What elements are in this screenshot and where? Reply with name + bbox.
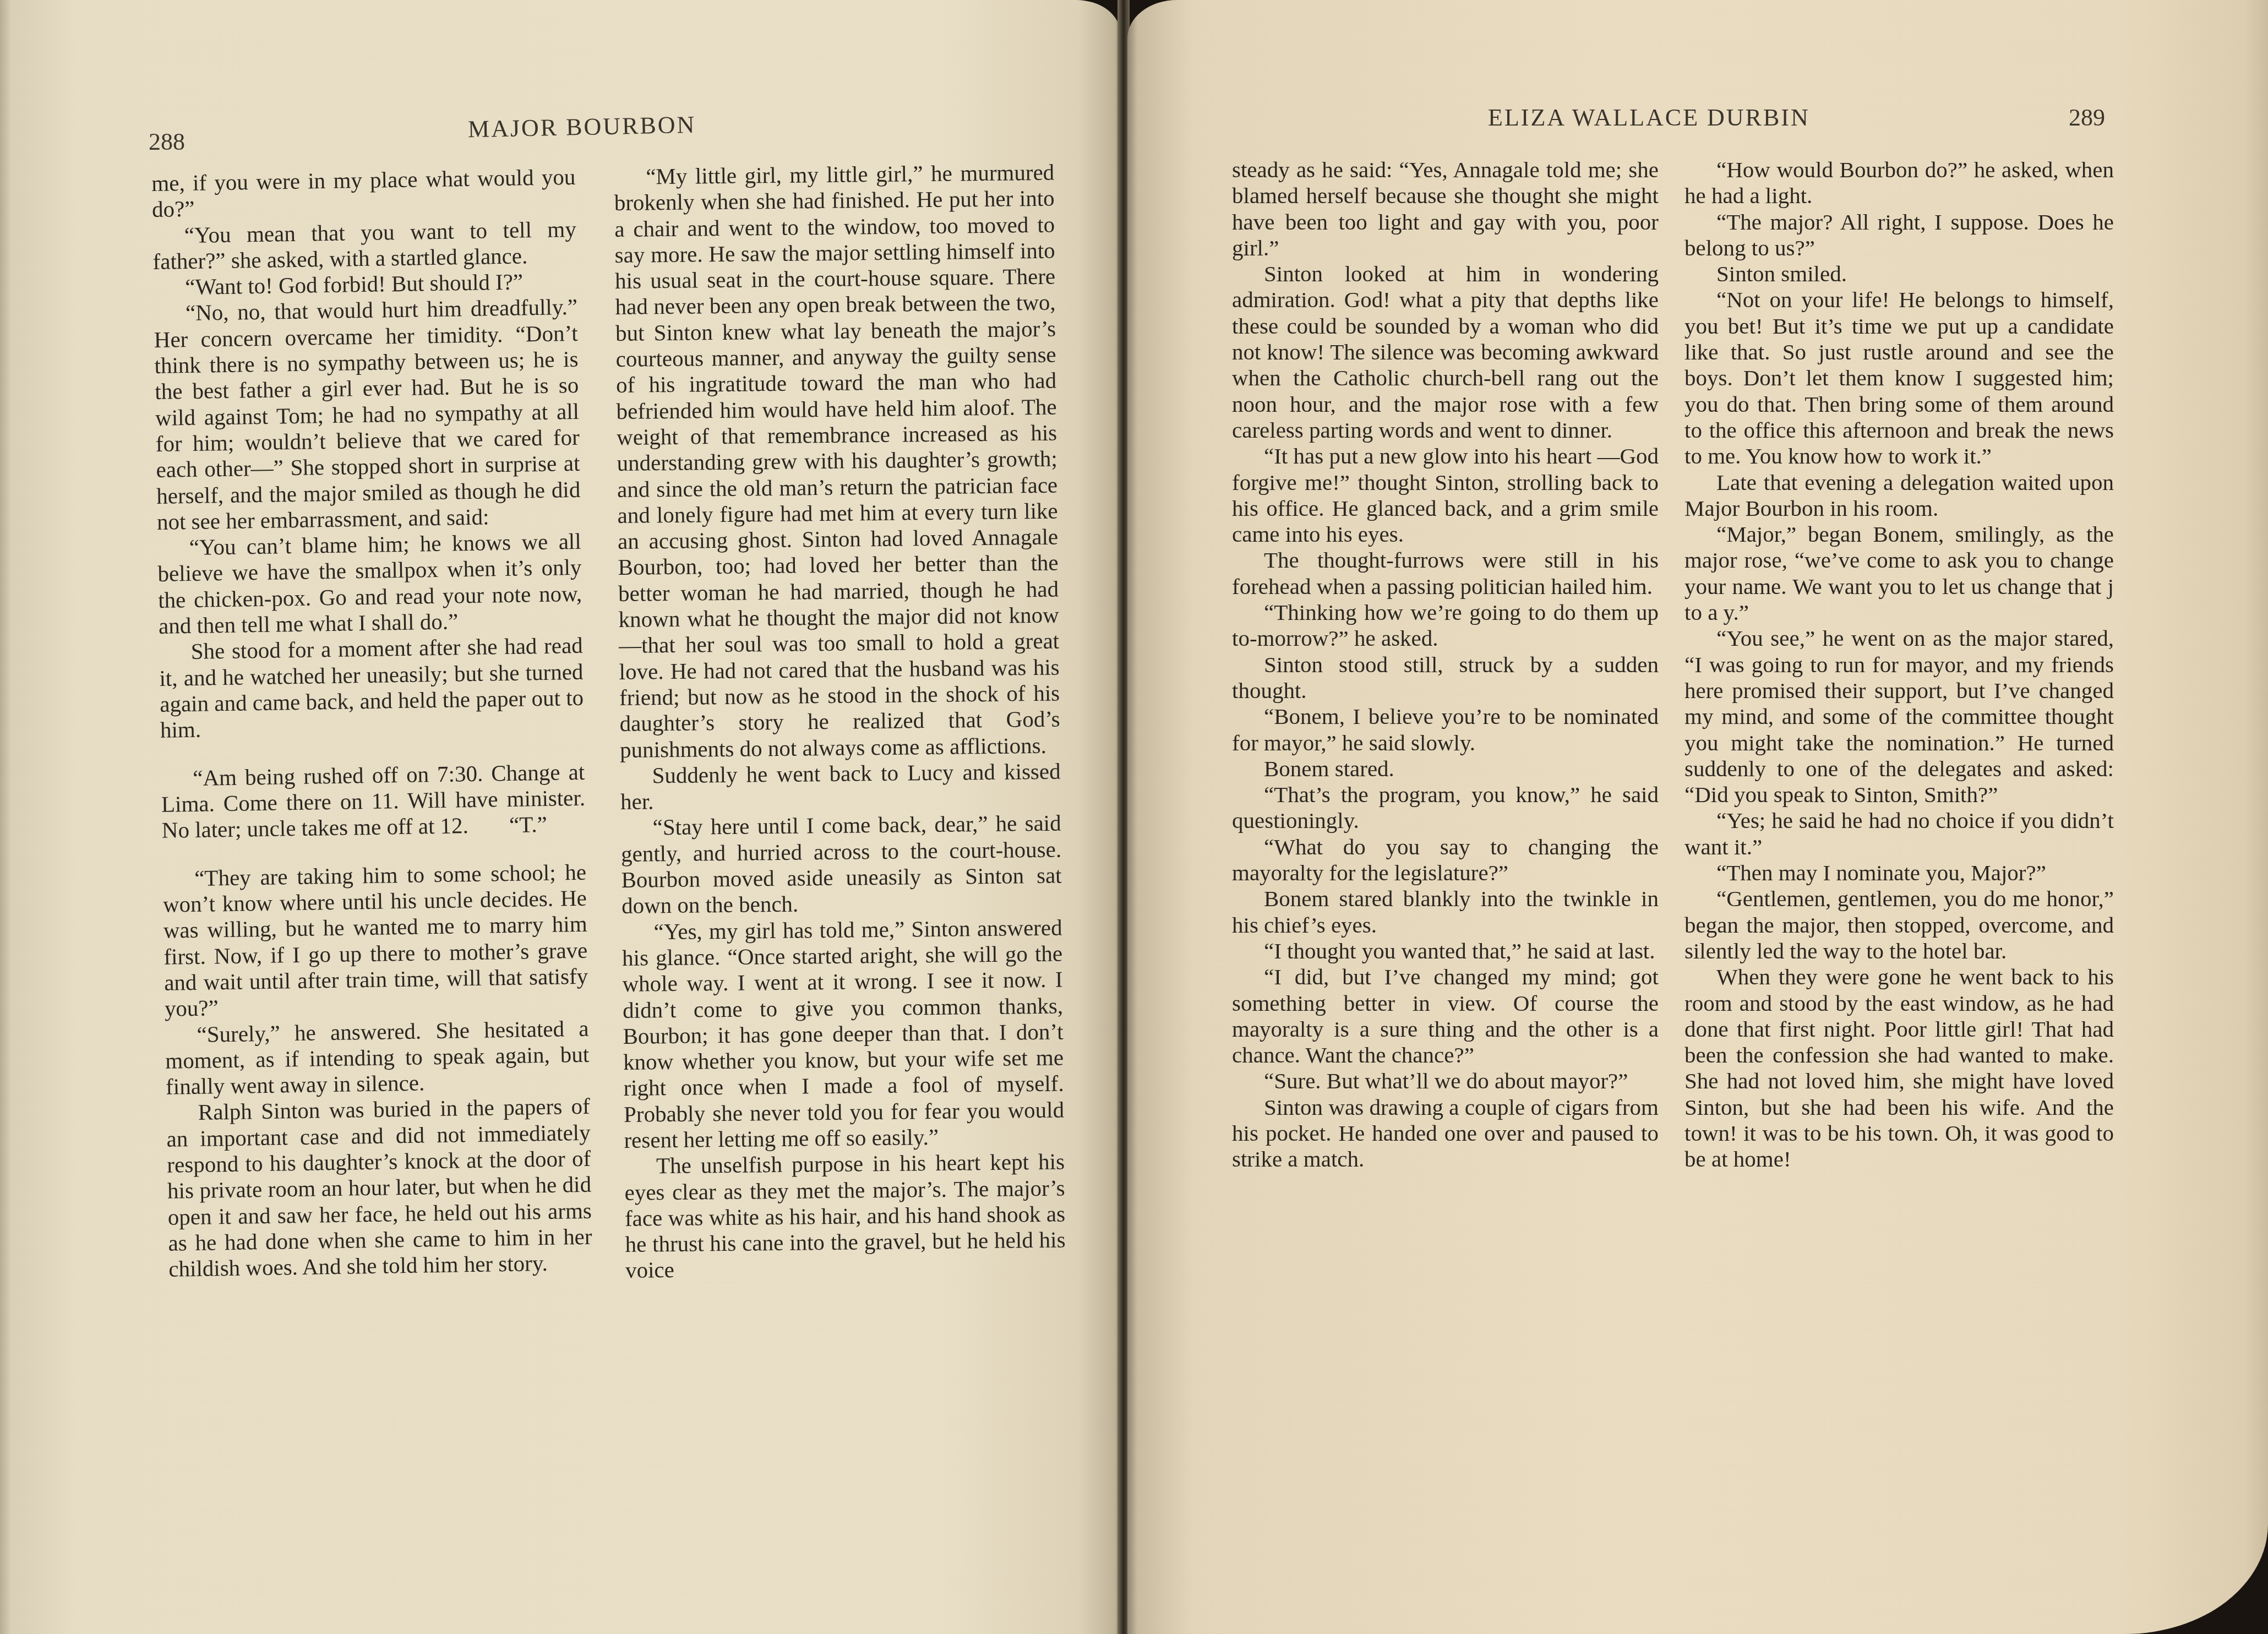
paragraph: “Sure. But what’ll we do about mayor?”	[1232, 1068, 1659, 1094]
paragraph: “I thought you wanted that,” he said at …	[1232, 938, 1659, 964]
paragraph: The unselfish purpose in his heart kept …	[624, 1149, 1066, 1284]
running-head: ELIZA WALLACE DURBIN	[1488, 104, 1810, 132]
paragraph: “Gentlemen, gentlemen, you do me honor,”…	[1684, 886, 2114, 964]
paragraph: Late that evening a delegation waited up…	[1684, 470, 2114, 522]
paragraph: “Yes, my girl has told me,” Sinton answe…	[621, 914, 1064, 1153]
paragraph: “The major? All right, I suppose. Does h…	[1684, 209, 2114, 262]
paragraph: “Surely,” he answered. She hesitated a m…	[165, 1015, 590, 1100]
paragraph: She stood for a moment after she had rea…	[159, 633, 584, 743]
running-head: MAJOR BOURBON	[468, 111, 696, 144]
paragraph: “Then may I nominate you, Major?”	[1684, 860, 2114, 886]
paragraph: “I did, but I’ve changed my mind; got so…	[1232, 964, 1659, 1068]
paragraph: “They are taking him to some school; he …	[162, 859, 588, 1022]
paragraph: Sinton stood still, struck by a sudden t…	[1232, 652, 1659, 704]
paragraph: “My little girl, my little girl,” he mur…	[614, 160, 1060, 763]
page-number: 289	[2069, 104, 2105, 132]
paragraph: me, if you were in my place what would y…	[151, 164, 576, 223]
column-3: steady as he said: “Yes, Annagale told m…	[1232, 157, 1659, 1173]
right-page: ELIZA WALLACE DURBIN 289 steady as he sa…	[1127, 0, 2268, 1634]
column-4: “How would Bourbon do?” he asked, when h…	[1684, 157, 2114, 1173]
paragraph: “Bonem, I believe you’re to be nominated…	[1232, 704, 1659, 756]
paragraph: Sinton smiled.	[1684, 261, 2114, 287]
paragraph: “Not on your life! He belongs to himself…	[1684, 287, 2114, 469]
quoted-telegram: “Am being rushed off on 7:30. Change at …	[161, 759, 586, 843]
paragraph: Ralph Sinton was buried in the papers of…	[166, 1093, 593, 1282]
paragraph: “That’s the program, you know,” he said …	[1232, 782, 1659, 834]
paragraph: “How would Bourbon do?” he asked, when h…	[1684, 157, 2114, 209]
paragraph: Bonem stared.	[1232, 756, 1659, 782]
column-1: me, if you were in my place what would y…	[151, 164, 593, 1282]
paragraph: Sinton was drawing a couple of cigars fr…	[1232, 1094, 1659, 1173]
paragraph: “It has put a new glow into his heart —G…	[1232, 443, 1659, 547]
paragraph: “What do you say to changing the mayoral…	[1232, 834, 1659, 886]
paragraph: “You mean that you want to tell my fathe…	[152, 216, 576, 275]
paragraph: “Yes; he said he had no choice if you di…	[1684, 808, 2114, 860]
paragraph: “You can’t blame him; he knows we all be…	[157, 529, 582, 639]
paragraph: “No, no, that would hurt him dreadfully.…	[154, 294, 581, 535]
paragraph: “You see,” he went on as the major stare…	[1684, 625, 2114, 808]
paragraph: Suddenly he went back to Lucy and kissed…	[620, 758, 1061, 815]
paragraph: Sinton looked at him in wondering admira…	[1232, 261, 1659, 443]
column-2: “My little girl, my little girl,” he mur…	[614, 160, 1066, 1284]
paragraph: steady as he said: “Yes, Annagale told m…	[1232, 157, 1659, 261]
page-number: 288	[149, 128, 185, 156]
paragraph: “Stay here until I come back, dear,” he …	[620, 810, 1062, 919]
left-page: 288 MAJOR BOURBON me, if you were in my …	[0, 0, 1120, 1634]
paragraph: “Major,” began Bonem, smilingly, as the …	[1684, 521, 2114, 625]
paragraph: When they were gone he went back to his …	[1684, 964, 2114, 1172]
paragraph: The thought-furrows were still in his fo…	[1232, 547, 1659, 600]
paragraph: “Thinking how we’re going to do them up …	[1232, 600, 1659, 652]
paragraph: Bonem stared blankly into the twinkle in…	[1232, 886, 1659, 938]
